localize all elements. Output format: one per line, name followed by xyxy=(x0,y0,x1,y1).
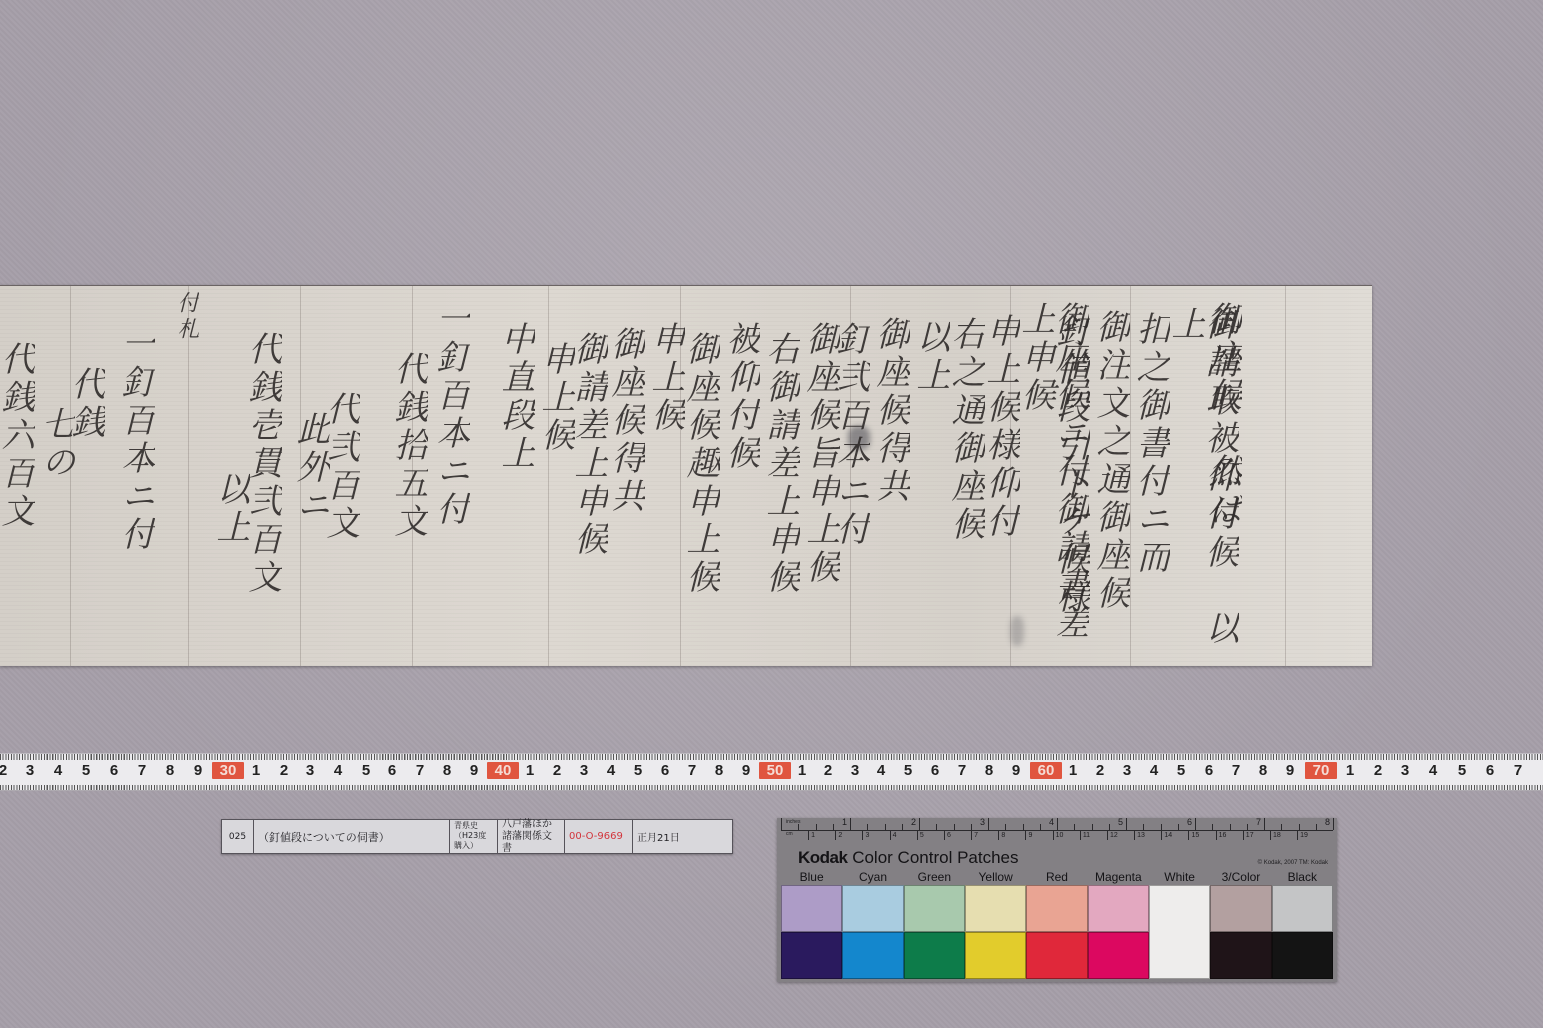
handwritten-column: 御座候旨申上候 xyxy=(803,321,837,587)
ruler-number: 8 xyxy=(160,762,180,779)
ruler-number: 2 xyxy=(0,762,13,779)
ruler-number: 4 xyxy=(1144,762,1164,779)
cm-mark: 3 xyxy=(865,832,869,839)
handwritten-column: 代銭六百文 xyxy=(0,341,32,531)
handwritten-column: 以上 xyxy=(213,471,247,547)
cm-tick xyxy=(971,830,972,840)
cm-mark: 18 xyxy=(1273,832,1281,839)
ruler-major-label: 40 xyxy=(487,762,519,779)
cm-mark: 19 xyxy=(1300,832,1308,839)
inch-mark: 6 xyxy=(1187,817,1192,827)
ruler-number: 1 xyxy=(246,762,266,779)
handwritten-column: 右之通御座候 xyxy=(948,316,982,544)
ruler-number: 4 xyxy=(1423,762,1443,779)
inch-tick xyxy=(885,824,886,830)
inch-mark: 1 xyxy=(842,817,847,827)
cm-mark: 8 xyxy=(1001,832,1005,839)
handwritten-column: 代銭拾五文 xyxy=(391,351,425,541)
inch-tick xyxy=(1109,824,1110,830)
ruler-number: 6 xyxy=(1480,762,1500,779)
label-id: 00-O-9669 xyxy=(565,820,633,853)
color-patch-cyan-light xyxy=(842,885,903,932)
kodak-title: Kodak Color Control Patches xyxy=(798,848,1019,868)
handwritten-column: 申上候 xyxy=(648,321,682,435)
patch-name: Blue xyxy=(781,870,842,884)
inch-tick xyxy=(1023,824,1024,830)
ruler-number: 5 xyxy=(628,762,648,779)
inch-tick xyxy=(833,824,834,830)
inch-tick xyxy=(1230,824,1231,830)
inch-tick xyxy=(1195,818,1196,830)
inch-tick xyxy=(1178,824,1179,830)
cm-mark: 12 xyxy=(1110,832,1118,839)
ruler-number: 3 xyxy=(845,762,865,779)
fold-line xyxy=(1285,286,1286,666)
inch-tick xyxy=(781,818,782,830)
inch-tick xyxy=(1264,818,1265,830)
cm-tick xyxy=(808,830,809,840)
cm-tick xyxy=(1107,830,1108,840)
ruler-number: 7 xyxy=(132,762,152,779)
cm-tick xyxy=(1270,830,1271,840)
ruler-number: 9 xyxy=(464,762,484,779)
inch-tick xyxy=(936,824,937,830)
patch-names: BlueCyanGreenYellowRedMagentaWhite3/Colo… xyxy=(781,870,1333,884)
inch-tick xyxy=(1057,818,1058,830)
inch-tick xyxy=(850,818,851,830)
ruler-number: 4 xyxy=(871,762,891,779)
cm-mark: 2 xyxy=(838,832,842,839)
label-collection: 八戸藩ほか諸藩関係文書 xyxy=(498,820,565,853)
inch-mark: 8 xyxy=(1325,817,1330,827)
color-patch-magenta-dark xyxy=(1088,932,1149,979)
ruler-number: 1 xyxy=(520,762,540,779)
cm-mark: 11 xyxy=(1083,832,1090,839)
cm-mark: 10 xyxy=(1056,832,1064,839)
label-date: 正月21日 xyxy=(633,820,732,853)
cm-tick xyxy=(1080,830,1081,840)
ruler-number: 3 xyxy=(1395,762,1415,779)
patch-name: Green xyxy=(904,870,965,884)
inch-mark: 3 xyxy=(980,817,985,827)
ruler-number: 6 xyxy=(382,762,402,779)
cm-tick xyxy=(1297,830,1298,840)
handwritten-column: 此外ニ xyxy=(293,411,327,525)
inch-tick xyxy=(988,818,989,830)
ruler-number: 5 xyxy=(1171,762,1191,779)
cm-mark: 6 xyxy=(947,832,951,839)
inch-tick xyxy=(1074,824,1075,830)
ruler-major-label: 70 xyxy=(1305,762,1337,779)
small-note: 付札 xyxy=(175,291,197,343)
handwritten-column: 代銭壱貫弐百文 xyxy=(245,331,279,597)
inch-mark: 4 xyxy=(1049,817,1054,827)
cm-tick xyxy=(1188,830,1189,840)
cm-mark: 7 xyxy=(974,832,978,839)
cm-mark: 13 xyxy=(1137,832,1145,839)
color-patches xyxy=(781,885,1333,979)
cm-mark: 5 xyxy=(920,832,924,839)
label-title: （釘値段についての伺書） xyxy=(254,820,450,853)
color-patch-black-light xyxy=(1272,885,1333,932)
ruler-line xyxy=(781,830,1333,831)
ruler-number: 7 xyxy=(410,762,430,779)
handwritten-column: 七の xyxy=(38,406,72,482)
handwritten-column: 御請差上申候 xyxy=(571,331,605,559)
inch-tick xyxy=(1212,824,1213,830)
color-patch-3-color-dark xyxy=(1210,932,1271,979)
ruler-number: 8 xyxy=(1253,762,1273,779)
inch-tick xyxy=(816,824,817,830)
ruler-number: 4 xyxy=(328,762,348,779)
ruler-number: 2 xyxy=(274,762,294,779)
cm-mark: 15 xyxy=(1191,832,1199,839)
measuring-tape-ruler: 2345678930123456789401234567895012345678… xyxy=(0,753,1543,791)
cm-mark: 16 xyxy=(1219,832,1227,839)
color-patch-black-dark xyxy=(1272,932,1333,979)
ruler-number: 5 xyxy=(1452,762,1472,779)
ruler-number: 9 xyxy=(1006,762,1026,779)
cm-mark: 1 xyxy=(811,832,815,839)
cm-tick xyxy=(1216,830,1217,840)
ruler-number: 4 xyxy=(601,762,621,779)
color-patch-red-dark xyxy=(1026,932,1087,979)
cm-mark: 17 xyxy=(1246,832,1254,839)
ruler-number: 3 xyxy=(574,762,594,779)
patch-name: Cyan xyxy=(842,870,903,884)
catalog-label-strip: 025 （釘値段についての伺書） 青県史（H23度購入） 八戸藩ほか諸藩関係文書… xyxy=(221,819,733,854)
ruler-major-label: 50 xyxy=(759,762,791,779)
ruler-number: 6 xyxy=(655,762,675,779)
inch-tick xyxy=(1281,824,1282,830)
handwritten-column: 被仰付候 xyxy=(723,321,757,473)
cm-unit: cm xyxy=(786,831,793,837)
handwritten-column: 御座候得共 xyxy=(608,326,642,516)
fold-line xyxy=(188,286,189,666)
ruler-number: 1 xyxy=(1063,762,1083,779)
patch-name: Red xyxy=(1026,870,1087,884)
inch-tick xyxy=(1126,818,1127,830)
ruler-number: 7 xyxy=(682,762,702,779)
ruler-number: 3 xyxy=(20,762,40,779)
inch-tick xyxy=(1299,824,1300,830)
color-patch-blue-light xyxy=(781,885,842,932)
inch-tick xyxy=(867,824,868,830)
ruler-number: 9 xyxy=(1280,762,1300,779)
cm-tick xyxy=(1053,830,1054,840)
inch-tick xyxy=(798,824,799,830)
ruler-number: 7 xyxy=(952,762,972,779)
ruler-number: 2 xyxy=(547,762,567,779)
kodak-copyright: © Kodak, 2007 TM: Kodak xyxy=(1258,860,1328,866)
ruler-number: 4 xyxy=(48,762,68,779)
inch-tick xyxy=(902,824,903,830)
inch-mark: 7 xyxy=(1256,817,1261,827)
color-patch-red-light xyxy=(1026,885,1087,932)
ruler-number: 7 xyxy=(1226,762,1246,779)
handwritten-column: 御請取被仰付候 以上 xyxy=(1168,306,1236,666)
color-patch-yellow-dark xyxy=(965,932,1026,979)
color-patch-yellow-light xyxy=(965,885,1026,932)
color-patch-green-light xyxy=(904,885,965,932)
cm-mark: 9 xyxy=(1028,832,1032,839)
ruler-number: 5 xyxy=(76,762,96,779)
handwritten-column: 御座候得共 xyxy=(873,316,907,506)
ruler-number: 5 xyxy=(356,762,376,779)
ruler-number: 8 xyxy=(437,762,457,779)
cm-tick xyxy=(1025,830,1026,840)
handwritten-column: 以上 xyxy=(913,319,947,395)
handwritten-column: 御注文之通御座候 xyxy=(1093,309,1127,613)
inch-tick xyxy=(1005,824,1006,830)
handwritten-column: 一釘百本ニ付 xyxy=(433,301,467,529)
ruler-number: 8 xyxy=(709,762,729,779)
color-patch-cyan-dark xyxy=(842,932,903,979)
cm-mark: 4 xyxy=(893,832,897,839)
handwritten-column: 一釘百本ニ付 xyxy=(118,326,152,554)
cm-tick xyxy=(1243,830,1244,840)
color-patch-3-color-light xyxy=(1210,885,1271,932)
ruler-number: 7 xyxy=(1508,762,1528,779)
kodak-brand: Kodak xyxy=(798,848,847,867)
patch-name: Yellow xyxy=(965,870,1026,884)
inch-mark: 5 xyxy=(1118,817,1123,827)
cm-tick xyxy=(998,830,999,840)
kodak-color-control-card: inches cm 123456781234567891011121314151… xyxy=(777,818,1337,982)
inch-tick xyxy=(1333,818,1334,830)
kodak-subtitle: Color Control Patches xyxy=(852,848,1018,867)
ruler-number: 9 xyxy=(736,762,756,779)
ruler-number: 6 xyxy=(1199,762,1219,779)
patch-name: Magenta xyxy=(1088,870,1149,884)
label-number: 025 xyxy=(222,820,254,853)
inch-tick xyxy=(1092,824,1093,830)
handwritten-column: 御座候趣申上候 xyxy=(683,331,717,597)
ruler-number: 2 xyxy=(1368,762,1388,779)
ruler-number: 5 xyxy=(898,762,918,779)
handwritten-scroll-document: 付札 御座候 然ば御請取被仰付候 以上扣之御書付ニ而御注文之通御座候釘値段引下ケ… xyxy=(0,285,1372,666)
cm-tick xyxy=(944,830,945,840)
color-patch-white-light xyxy=(1149,885,1210,979)
ruler-major-label: 30 xyxy=(212,762,244,779)
patch-name: White xyxy=(1149,870,1210,884)
inch-mark: 2 xyxy=(911,817,916,827)
ruler-major-label: 60 xyxy=(1030,762,1062,779)
cm-tick xyxy=(890,830,891,840)
inch-tick xyxy=(1040,824,1041,830)
ruler-number: 2 xyxy=(1090,762,1110,779)
color-patch-blue-dark xyxy=(781,932,842,979)
cm-tick xyxy=(862,830,863,840)
handwritten-column: 扣之御書付ニ而 xyxy=(1133,311,1167,577)
inch-tick xyxy=(1316,824,1317,830)
handwritten-column: 申上候様仰付 xyxy=(983,313,1017,541)
ruler-number: 6 xyxy=(104,762,124,779)
cm-mark: 14 xyxy=(1164,832,1172,839)
label-source: 青県史（H23度購入） xyxy=(450,820,498,853)
cm-tick xyxy=(835,830,836,840)
ruler-number: 2 xyxy=(818,762,838,779)
ruler-number: 6 xyxy=(925,762,945,779)
handwritten-column: 御座候ニ付御請書差上申候 xyxy=(1018,301,1086,666)
inch-tick xyxy=(954,824,955,830)
ruler-number: 3 xyxy=(1117,762,1137,779)
handwritten-column: 申上候 xyxy=(538,341,572,455)
inch-tick xyxy=(1247,824,1248,830)
ruler-number: 3 xyxy=(300,762,320,779)
inch-tick xyxy=(919,818,920,830)
cm-tick xyxy=(917,830,918,840)
handwritten-column: 右御請差上申候 xyxy=(763,331,797,597)
cm-tick xyxy=(1161,830,1162,840)
color-patch-magenta-light xyxy=(1088,885,1149,932)
ruler-number: 1 xyxy=(1340,762,1360,779)
color-patch-green-dark xyxy=(904,932,965,979)
ruler-number: 9 xyxy=(188,762,208,779)
inch-tick xyxy=(1143,824,1144,830)
kodak-ruler: inches cm 123456781234567891011121314151… xyxy=(781,818,1333,842)
handwritten-column: 中直段上 xyxy=(498,321,532,473)
patch-name: 3/Color xyxy=(1210,870,1271,884)
ruler-number: 1 xyxy=(792,762,812,779)
cm-tick xyxy=(1134,830,1135,840)
ruler-number: 8 xyxy=(979,762,999,779)
patch-name: Black xyxy=(1272,870,1333,884)
